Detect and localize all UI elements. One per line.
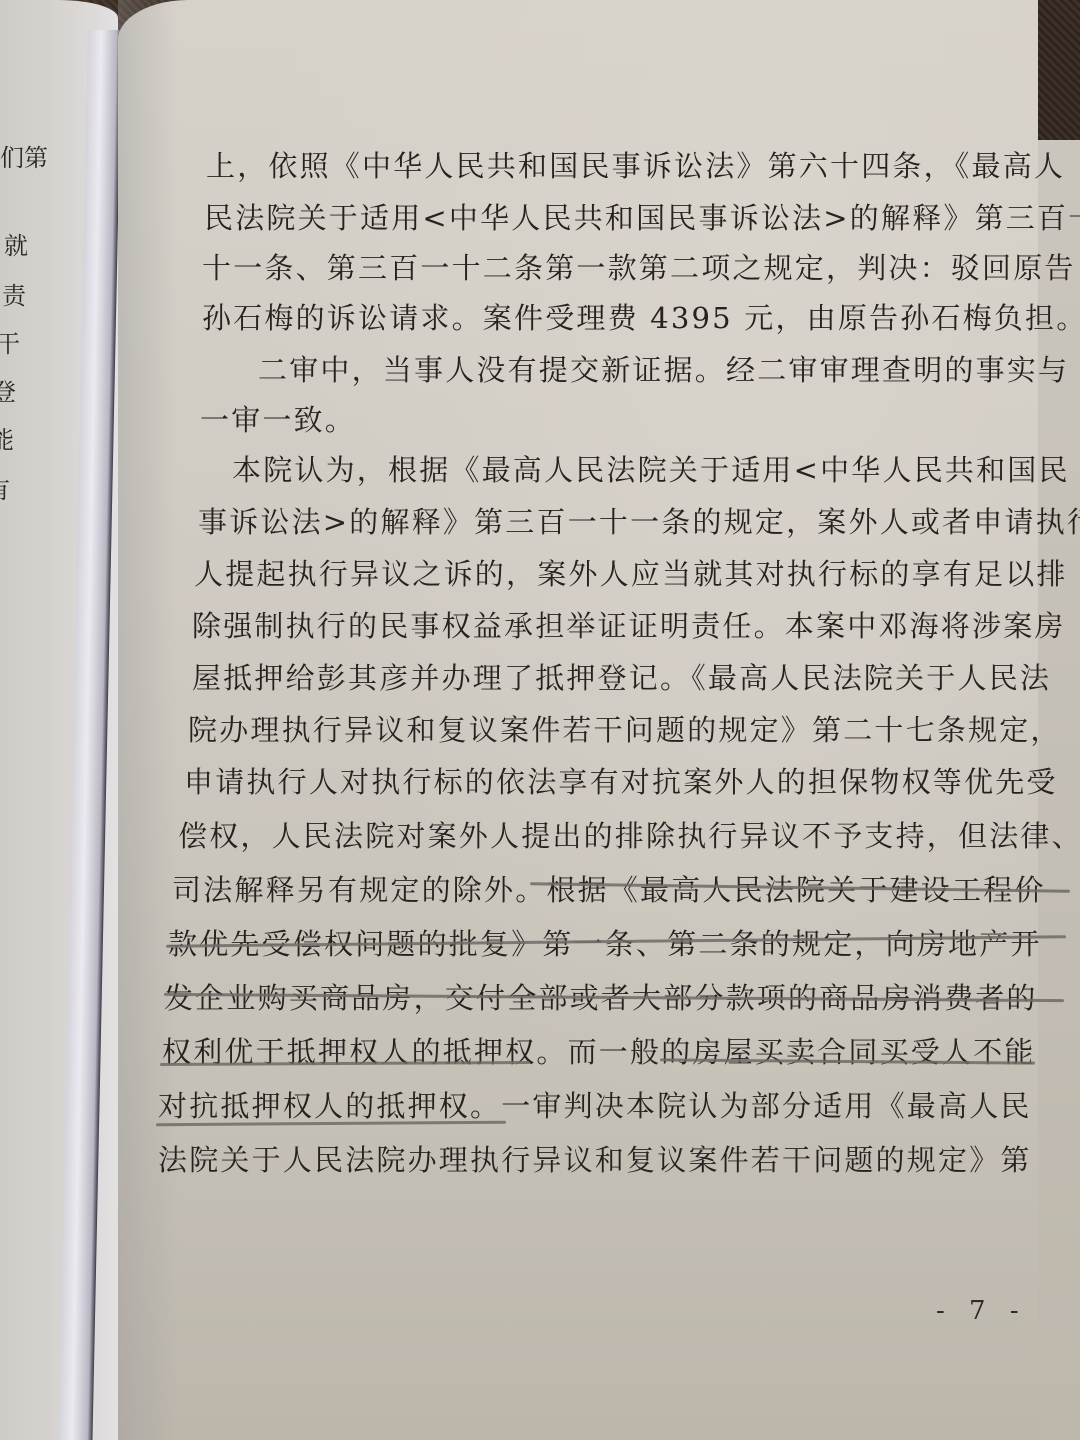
text-line: 一审一致。 <box>200 406 356 435</box>
text-line: 十一条、第三百一十二条第一款第二项之规定，判决：驳回原告 <box>202 254 1076 283</box>
text-line: 上，依照《中华人民共和国民事诉讼法》第六十四条，《最高人 <box>206 152 1065 181</box>
text-line: 法院关于人民法院办理执行异议和复议案件若干问题的规定》第 <box>158 1146 1032 1175</box>
text-line: 院办理执行异议和复议案件若干问题的规定》第二十七条规定， <box>188 716 1062 745</box>
text-line: 孙石梅的诉讼请求。案件受理费 4395 元，由原告孙石梅负担。 <box>202 304 1080 333</box>
text-line: 本院认为，根据《最高人民法院关于适用<中华人民共和国民 <box>232 456 1070 485</box>
page-number: - 7 - <box>936 1296 1027 1326</box>
text-line: 除强制执行的民事权益承担举证证明责任。本案中邓海将涉案房 <box>192 612 1066 641</box>
text-line: 民法院关于适用<中华人民共和国民事诉讼法>的解释》第三百一 <box>204 204 1080 233</box>
text-line: 屋抵押给彭其彦并办理了抵押登记。《最高人民法院关于人民法 <box>192 664 1051 693</box>
text-line: 申请执行人对执行标的依法享有对抗案外人的担保物权等优先受 <box>184 768 1058 797</box>
text-line: 事诉讼法>的解释》第三百一十一条的规定，案外人或者申请执行 <box>198 508 1080 537</box>
judgment-text: 上，依照《中华人民共和国民事诉讼法》第六十四条，《最高人 民法院关于适用<中华人… <box>0 0 1080 1440</box>
text-line: 人提起执行异议之诉的，案外人应当就其对执行标的享有足以排 <box>194 560 1068 589</box>
text-line: 二审中，当事人没有提交新证据。经二审审理查明的事实与 <box>258 356 1069 385</box>
text-line: 对抗抵押权人的抵押权。一审判决本院认为部分适用《最高人民 <box>158 1092 1032 1121</box>
text-line: 偿权，人民法院对案外人提出的排除执行异议不予支持，但法律、 <box>178 822 1080 851</box>
